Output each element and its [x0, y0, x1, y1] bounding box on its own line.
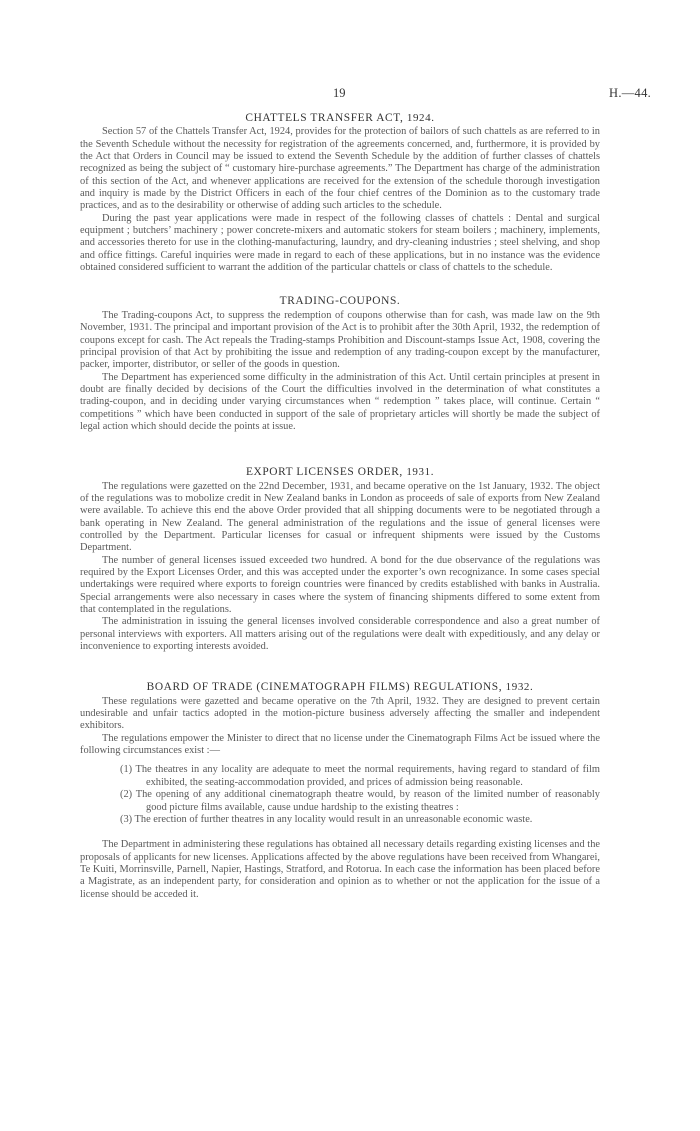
section-cinematograph-films-regulations: BOARD OF TRADE (CINEMATOGRAPH FILMS) REG… [80, 681, 600, 901]
section-export-licenses-order: EXPORT LICENSES ORDER, 1931. The regulat… [80, 466, 600, 653]
section-title: EXPORT LICENSES ORDER, 1931. [80, 466, 600, 478]
section-title: CHATTELS TRANSFER ACT, 1924. [80, 112, 600, 124]
list-item: (3) The erection of further theatres in … [120, 814, 600, 826]
section-title: BOARD OF TRADE (CINEMATOGRAPH FILMS) REG… [80, 681, 600, 693]
section-title-text: CHATTELS TRANSFER ACT, [245, 112, 403, 124]
document-reference: H.—44. [609, 86, 651, 101]
paragraph: During the past year applications were m… [80, 213, 600, 275]
paragraph: The Department in administering these re… [80, 839, 600, 901]
section-title-year: 1931. [406, 466, 434, 478]
section-title-text: TRADING-COUPONS. [280, 295, 401, 307]
section-trading-coupons: TRADING-COUPONS. The Trading-coupons Act… [80, 295, 600, 433]
paragraph: The administration in issuing the genera… [80, 616, 600, 653]
section-title: TRADING-COUPONS. [80, 295, 600, 307]
paragraph: The regulations were gazetted on the 22n… [80, 481, 600, 555]
page-body: CHATTELS TRANSFER ACT, 1924. Section 57 … [80, 112, 600, 901]
paragraph: The regulations empower the Minister to … [80, 733, 600, 758]
section-chattels-transfer-act: CHATTELS TRANSFER ACT, 1924. Section 57 … [80, 112, 600, 274]
paragraph: Section 57 of the Chattels Transfer Act,… [80, 126, 600, 212]
page-number: 19 [333, 86, 346, 101]
page-header: 19 H.—44. [0, 86, 700, 102]
section-spacer [80, 274, 600, 295]
paragraph: These regulations were gazetted and beca… [80, 696, 600, 733]
circumstances-list: (1) The theatres in any locality are ade… [80, 764, 600, 826]
list-item: (2) The opening of any additional cinema… [120, 789, 600, 814]
section-spacer [80, 653, 600, 681]
section-spacer [80, 433, 600, 466]
section-title-text: EXPORT LICENSES ORDER, [246, 466, 403, 478]
paragraph: The number of general licenses issued ex… [80, 555, 600, 617]
section-title-year: 1932. [506, 681, 534, 693]
list-item: (1) The theatres in any locality are ade… [120, 764, 600, 789]
paragraph: The Trading-coupons Act, to suppress the… [80, 310, 600, 372]
section-title-year: 1924. [407, 112, 435, 124]
paragraph: The Department has experienced some diff… [80, 372, 600, 434]
section-title-text: BOARD OF TRADE (CINEMATOGRAPH FILMS) REG… [147, 681, 503, 693]
